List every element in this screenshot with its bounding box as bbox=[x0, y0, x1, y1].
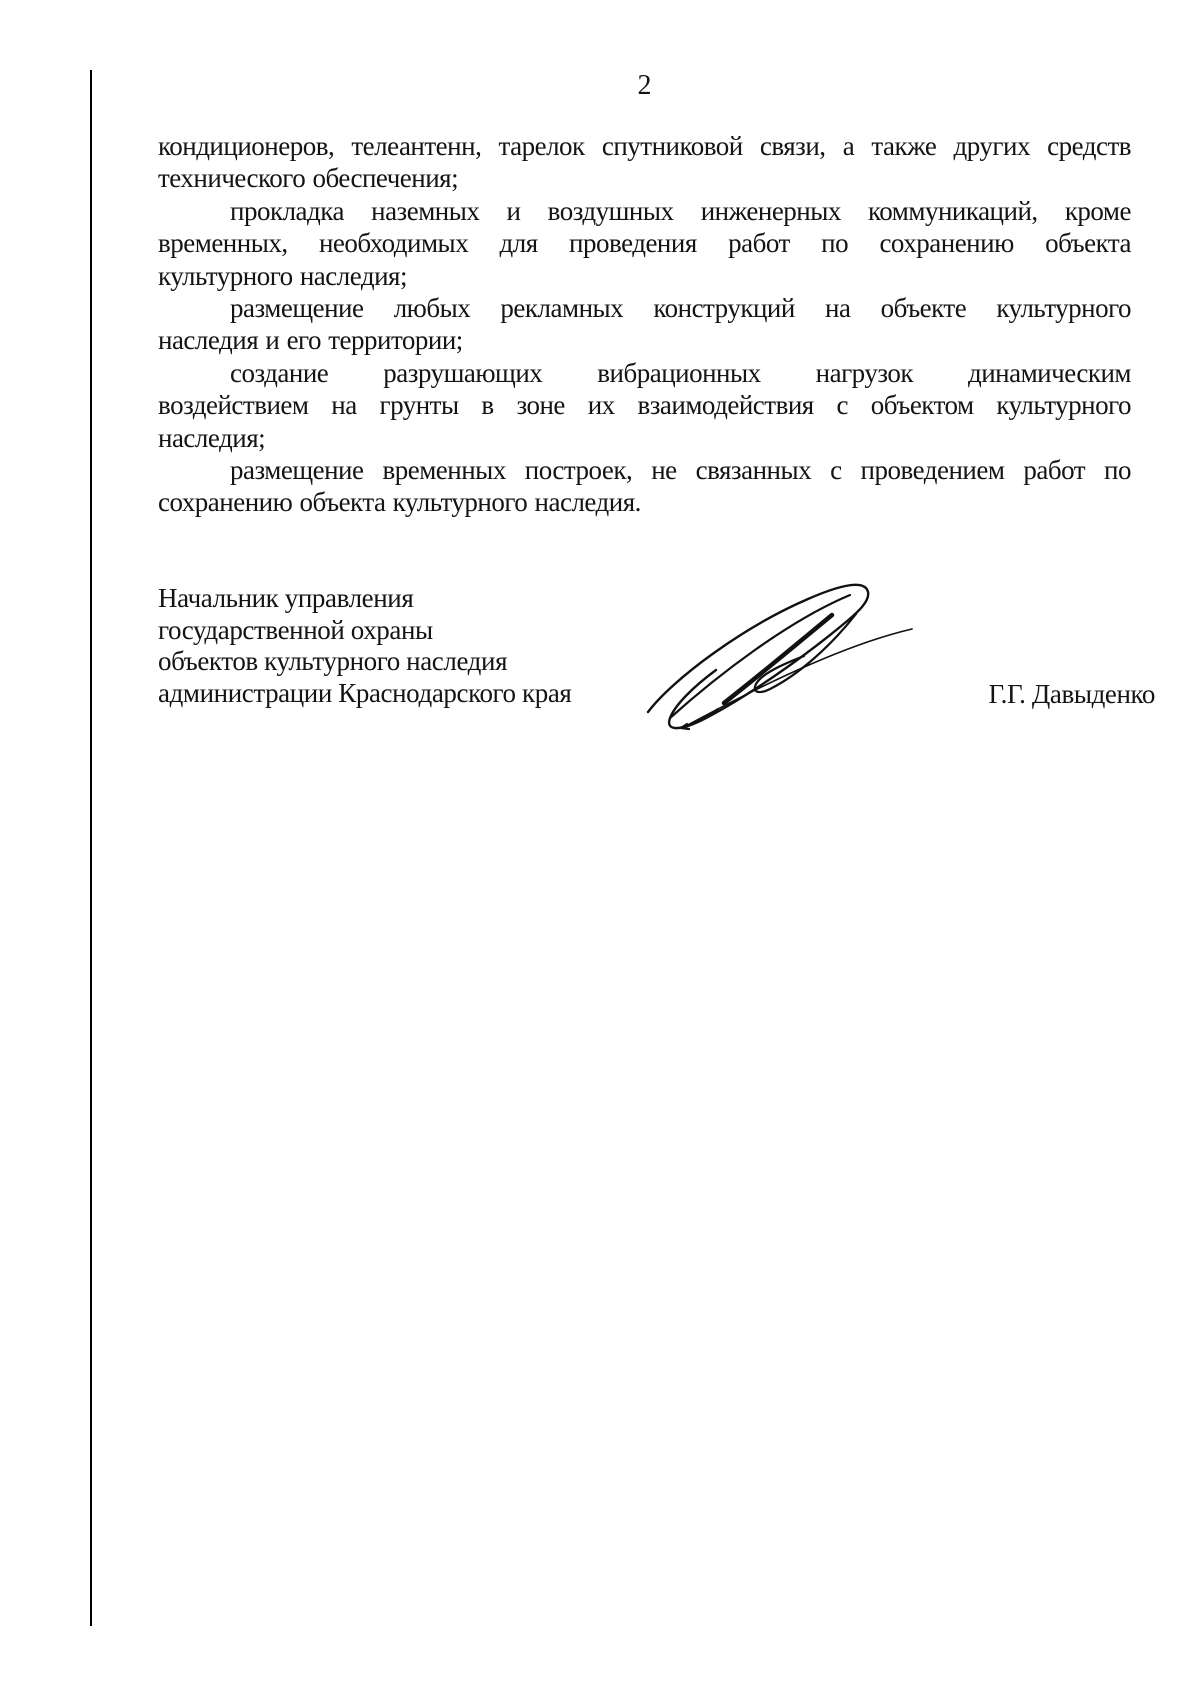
page-number: 2 bbox=[158, 70, 1131, 102]
document-page: 2 кондиционеров, телеантенн, тарелок спу… bbox=[0, 0, 1200, 1698]
body-line: размещение любых рекламных конструкций н… bbox=[158, 292, 1131, 324]
body-line: создание разрушающих вибрационных нагруз… bbox=[158, 357, 1131, 389]
body-line: воздействием на грунты в зоне их взаимод… bbox=[158, 389, 1131, 421]
body-line: сохранению объекта культурного наследия. bbox=[158, 486, 1131, 518]
document-body: кондиционеров, телеантенн, тарелок спутн… bbox=[158, 130, 1131, 519]
body-line: наследия и его территории; bbox=[158, 324, 1131, 356]
body-line: кондиционеров, телеантенн, тарелок спутн… bbox=[158, 130, 1131, 162]
left-margin-rule bbox=[90, 70, 92, 1626]
body-line: наследия; bbox=[158, 422, 1131, 454]
body-line: культурного наследия; bbox=[158, 260, 1131, 292]
body-line: прокладка наземных и воздушных инженерны… bbox=[158, 195, 1131, 227]
signer-name: Г.Г. Давыденко bbox=[989, 679, 1156, 710]
body-line: размещение временных построек, не связан… bbox=[158, 454, 1131, 486]
body-line: технического обеспечения; bbox=[158, 162, 1131, 194]
signature-scribble-icon bbox=[618, 579, 916, 735]
body-line: временных, необходимых для проведения ра… bbox=[158, 227, 1131, 259]
